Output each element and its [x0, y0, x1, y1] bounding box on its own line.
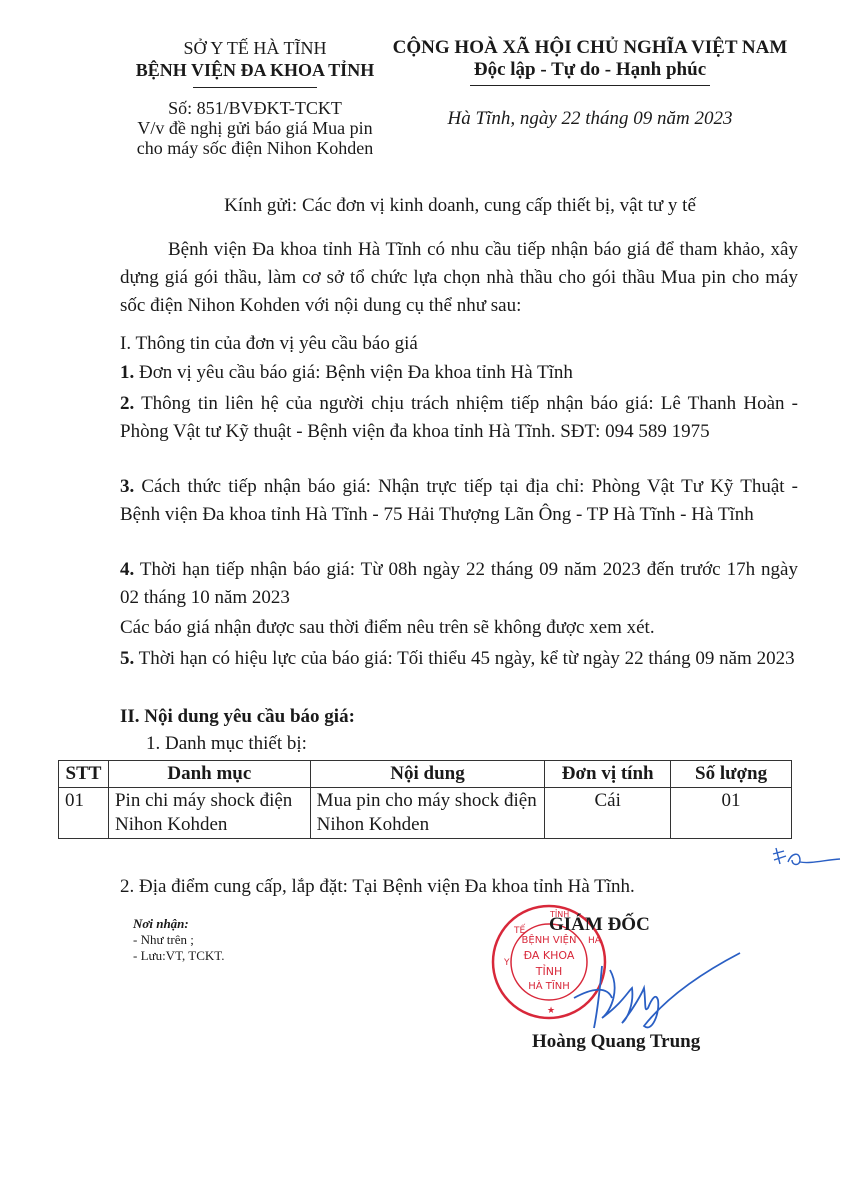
country-name: CỘNG HOÀ XÃ HỘI CHỦ NGHĨA VIỆT NAM: [385, 37, 795, 59]
cell-unit: Cái: [545, 788, 671, 839]
section-1-title: I. Thông tin của đơn vị yêu cầu báo giá: [120, 330, 798, 358]
recipients-title: Nơi nhận:: [133, 916, 225, 932]
recipients-line: - Lưu:VT, TCKT.: [133, 948, 225, 964]
col-category: Danh mục: [108, 761, 310, 788]
info-item-5: 5. Thời hạn có hiệu lực của báo giá: Tối…: [120, 645, 798, 673]
table-header-row: STT Danh mục Nội dung Đơn vị tính Số lượ…: [59, 761, 792, 788]
col-content: Nội dung: [310, 761, 545, 788]
organization-name: BỆNH VIỆN ĐA KHOA TỈNH: [95, 59, 415, 81]
place-date: Hà Tĩnh, ngày 22 tháng 09 năm 2023: [385, 108, 795, 130]
info-item-2: 2. Thông tin liên hệ của người chịu trác…: [120, 390, 798, 446]
signatory-name: Hoàng Quang Trung: [532, 1031, 700, 1053]
svg-text:ĐA KHOA: ĐA KHOA: [524, 949, 575, 962]
intro-paragraph: Bệnh viện Đa khoa tỉnh Hà Tĩnh có nhu cầ…: [120, 236, 798, 320]
document-number: Số: 851/BVĐKT-TCKT: [95, 98, 415, 118]
col-stt: STT: [59, 761, 109, 788]
info-item-1: 1. Đơn vị yêu cầu báo giá: Bệnh viện Đa …: [120, 359, 798, 387]
svg-text:★: ★: [547, 1006, 555, 1016]
signature-icon: [572, 948, 742, 1033]
cell-stt: 01: [59, 788, 109, 839]
equipment-list-title: 1. Danh mục thiết bị:: [146, 730, 824, 758]
signatory-title: GIÁM ĐỐC: [549, 914, 650, 936]
cell-category: Pin chi máy shock điện Nihon Kohden: [108, 788, 310, 839]
national-motto: Độc lập - Tự do - Hạnh phúc: [385, 59, 795, 81]
motto-divider: [470, 85, 710, 86]
cell-content: Mua pin cho máy shock điện Nihon Kohden: [310, 788, 545, 839]
col-quantity: Số lượng: [671, 761, 792, 788]
svg-text:HÀ TĨNH: HÀ TĨNH: [528, 979, 570, 992]
recipients-block: Nơi nhận: - Như trên ; - Lưu:VT, TCKT.: [133, 916, 225, 964]
initials-mark-icon: [770, 842, 842, 872]
section-2-title: II. Nội dung yêu cầu báo giá:: [120, 703, 798, 731]
issuer-block: SỞ Y TẾ HÀ TĨNH BỆNH VIỆN ĐA KHOA TỈNH S…: [95, 37, 415, 158]
issuer-divider: [193, 87, 317, 88]
svg-text:Y: Y: [503, 958, 510, 968]
subject-line-1: V/v đề nghị gửi báo giá Mua pin: [95, 118, 415, 138]
svg-text:TẾ: TẾ: [513, 924, 525, 936]
equipment-table: STT Danh mục Nội dung Đơn vị tính Số lượ…: [58, 760, 792, 839]
cell-quantity: 01: [671, 788, 792, 839]
info-item-3: 3. Cách thức tiếp nhận báo giá: Nhận trự…: [120, 473, 798, 529]
intro-text: Bệnh viện Đa khoa tỉnh Hà Tĩnh có nhu cầ…: [120, 239, 798, 316]
info-item-4: 4. Thời hạn tiếp nhận báo giá: Từ 08h ng…: [120, 556, 798, 612]
department-name: SỞ Y TẾ HÀ TĨNH: [95, 37, 415, 59]
svg-text:TỈNH: TỈNH: [535, 964, 562, 978]
late-quote-note: Các báo giá nhận được sau thời điểm nêu …: [120, 614, 798, 642]
table-row: 01 Pin chi máy shock điện Nihon Kohden M…: [59, 788, 792, 839]
subject-line-2: cho máy sốc điện Nihon Kohden: [95, 138, 415, 158]
recipient-line: Kính gửi: Các đơn vị kinh doanh, cung cấ…: [110, 194, 810, 218]
col-unit: Đơn vị tính: [545, 761, 671, 788]
delivery-location: 2. Địa điểm cung cấp, lắp đặt: Tại Bệnh …: [120, 873, 798, 901]
national-header: CỘNG HOÀ XÃ HỘI CHỦ NGHĨA VIỆT NAM Độc l…: [385, 37, 795, 130]
recipients-line: - Như trên ;: [133, 932, 225, 948]
